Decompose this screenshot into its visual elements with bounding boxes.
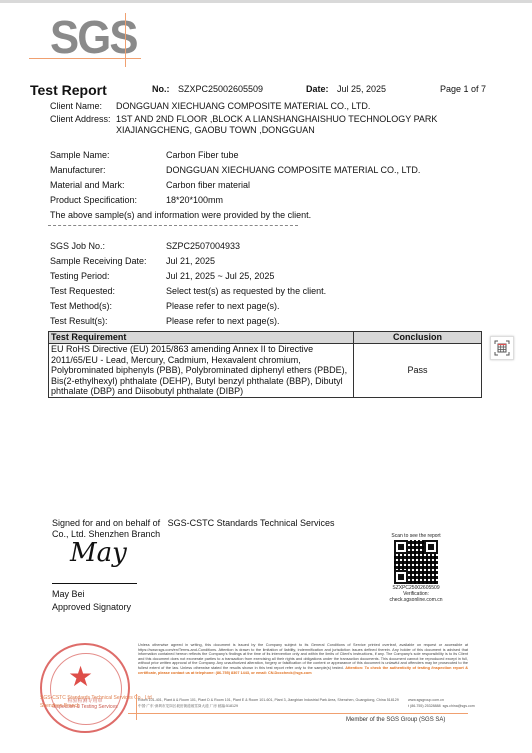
sample-note: The above sample(s) and information were… bbox=[50, 210, 311, 220]
report-date: Jul 25, 2025 bbox=[337, 84, 386, 94]
conclusion-cell: Pass bbox=[354, 344, 482, 398]
report-date-label: Date: bbox=[306, 84, 329, 94]
signed-on-behalf-line1: Signed for and on behalf of SGS-CSTC Sta… bbox=[52, 518, 352, 529]
test-requested-label: Test Requested: bbox=[50, 286, 115, 296]
signatory-role: Approved Signatory bbox=[52, 602, 131, 612]
client-name-label: Client Name: bbox=[50, 101, 102, 111]
test-result: Please refer to next page(s). bbox=[166, 316, 280, 326]
manufacturer: DONGGUAN XIECHUANG COMPOSITE MATERIAL CO… bbox=[166, 165, 420, 175]
column-header-conclusion: Conclusion bbox=[354, 332, 482, 344]
test-requested: Select test(s) as requested by the clien… bbox=[166, 286, 326, 296]
sgs-group-member: Member of the SGS Group (SGS SA) bbox=[346, 717, 445, 723]
product-spec: 18*20*100mm bbox=[166, 195, 223, 205]
client-address-label: Client Address: bbox=[50, 114, 111, 124]
job-no: SZPC2507004933 bbox=[166, 241, 240, 251]
qr-code[interactable] bbox=[394, 540, 438, 584]
receiving-date: Jul 21, 2025 bbox=[166, 256, 215, 266]
sample-name: Carbon Fiber tube bbox=[166, 150, 239, 160]
testing-period: Jul 21, 2025 ~ Jul 25, 2025 bbox=[166, 271, 274, 281]
test-requirement-table: Test Requirement Conclusion EU RoHS Dire… bbox=[48, 331, 482, 398]
testing-period-label: Testing Period: bbox=[50, 271, 110, 281]
legal-disclaimer: Unless otherwise agreed in writing, this… bbox=[138, 643, 468, 675]
client-address-line1: 1ST AND 2ND FLOOR ,BLOCK A LIANSHANGHAIS… bbox=[116, 114, 437, 124]
table-calculator-icon bbox=[494, 340, 510, 356]
divider bbox=[48, 225, 298, 226]
qr-caption: Scan to see the report bbox=[387, 533, 445, 539]
material-label: Material and Mark: bbox=[50, 180, 125, 190]
handwritten-signature: May bbox=[70, 538, 127, 568]
table-extract-button[interactable] bbox=[490, 336, 514, 360]
table-row: EU RoHS Directive (EU) 2015/863 amending… bbox=[49, 344, 482, 398]
table-header-row: Test Requirement Conclusion bbox=[49, 332, 482, 344]
receiving-date-label: Sample Receiving Date: bbox=[50, 256, 147, 266]
footer-tel-email: t (86-755) 25328888 sgs.china@sgs.com bbox=[408, 703, 475, 709]
report-title: Test Report bbox=[30, 82, 107, 98]
report-number: SZXPC25002605509 bbox=[178, 84, 263, 94]
sgs-logo: SGS bbox=[50, 14, 137, 60]
test-method-label: Test Method(s): bbox=[50, 301, 112, 311]
star-icon: ★ bbox=[68, 663, 93, 691]
manufacturer-label: Manufacturer: bbox=[50, 165, 106, 175]
viewer-top-bar bbox=[0, 0, 532, 3]
product-spec-label: Product Specification: bbox=[50, 195, 137, 205]
company-seal: ★ 检验检测专用章 Inspection & Testing Services bbox=[40, 643, 130, 733]
column-header-requirement: Test Requirement bbox=[49, 332, 354, 344]
page-indicator: Page 1 of 7 bbox=[440, 84, 486, 94]
signed-on-behalf: Signed for and on behalf of SGS-CSTC Sta… bbox=[52, 518, 352, 539]
signatory-name: May Bei bbox=[52, 589, 85, 599]
report-number-label: No.: bbox=[152, 84, 170, 94]
material: Carbon fiber material bbox=[166, 180, 250, 190]
logo-crosshair-vertical bbox=[125, 13, 126, 67]
test-result-label: Test Result(s): bbox=[50, 316, 108, 326]
signature-line bbox=[52, 583, 137, 584]
verification-url: check.sgsonline.com.cn bbox=[387, 597, 445, 603]
sample-name-label: Sample Name: bbox=[50, 150, 110, 160]
test-method: Please refer to next page(s). bbox=[166, 301, 280, 311]
client-name: DONGGUAN XIECHUANG COMPOSITE MATERIAL CO… bbox=[116, 101, 370, 111]
verification-qr-block: Scan to see the report SZXPC25002605509 … bbox=[387, 533, 445, 603]
client-address-line2: XIAJIANGCHENG, GAOBU TOWN ,DONGGUAN bbox=[116, 125, 315, 135]
job-no-label: SGS Job No.: bbox=[50, 241, 105, 251]
requirement-cell: EU RoHS Directive (EU) 2015/863 amending… bbox=[49, 344, 354, 398]
footer-address: Room 101-401, Plant A & Room 101, Plant … bbox=[138, 697, 478, 709]
footer-crosshair-vertical bbox=[136, 694, 137, 720]
footer-crosshair-horizontal bbox=[128, 713, 468, 714]
